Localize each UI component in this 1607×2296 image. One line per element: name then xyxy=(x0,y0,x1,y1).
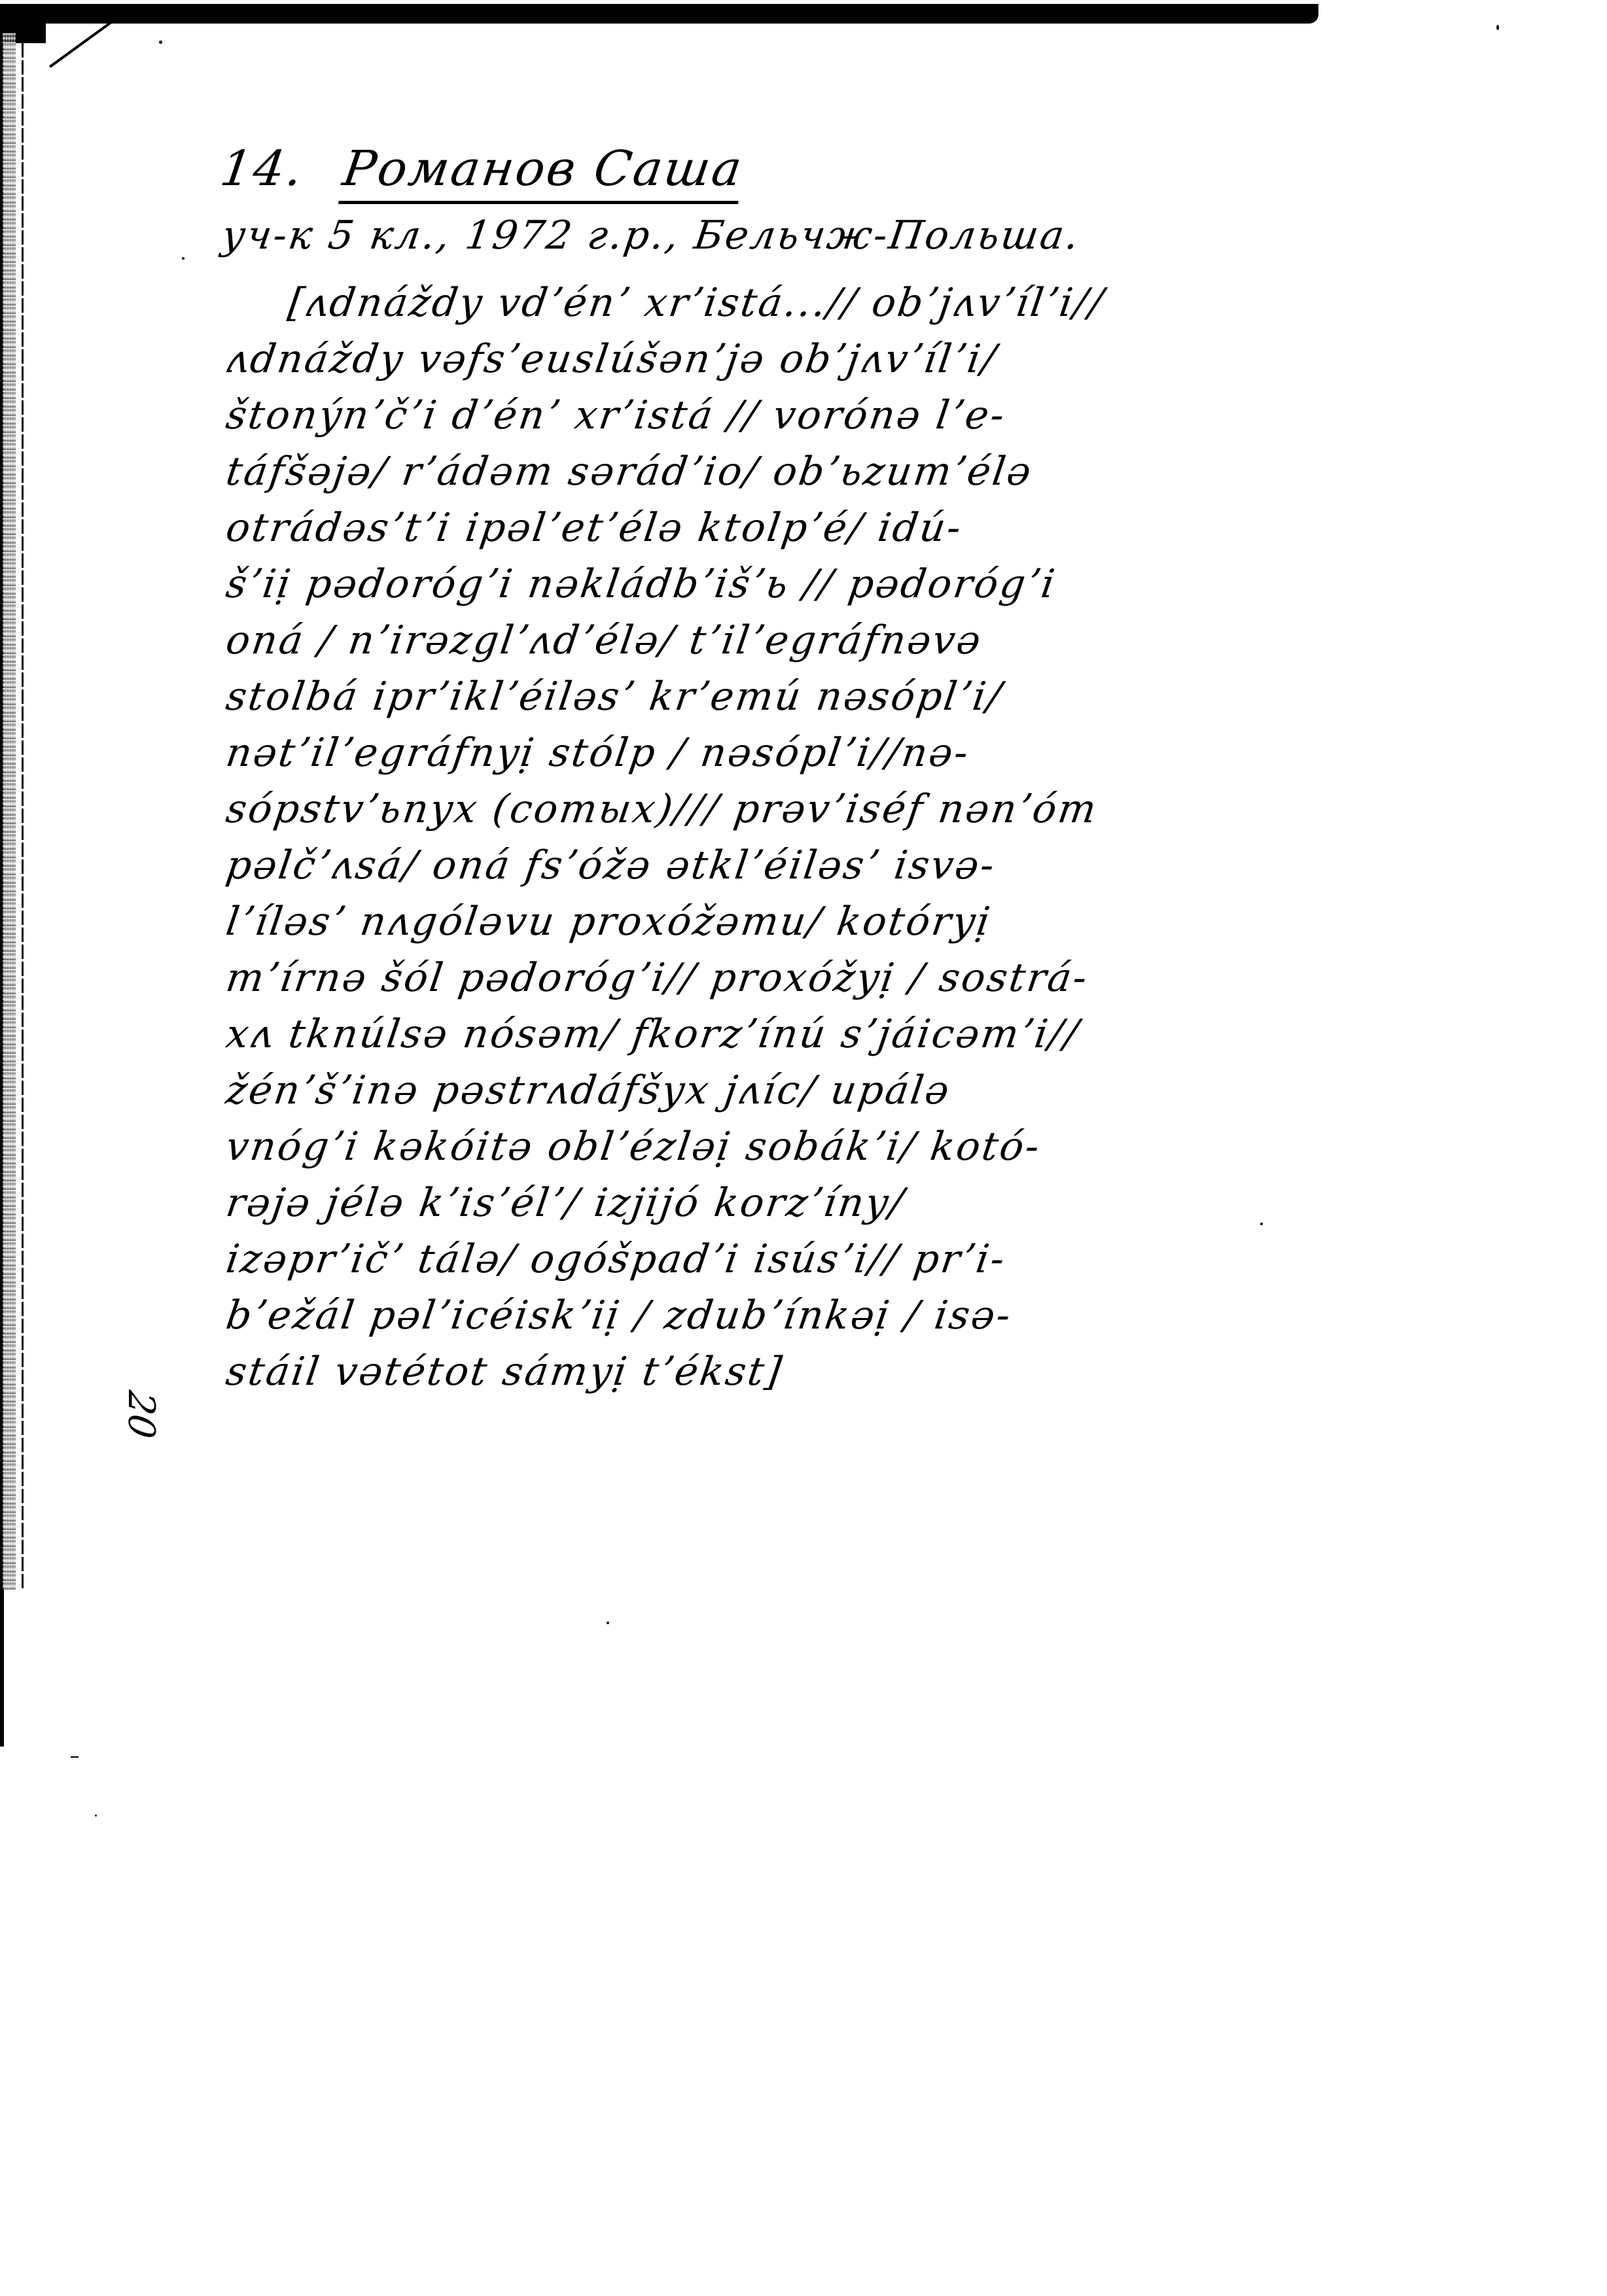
record-heading: 14. Романов Саша xyxy=(216,141,747,204)
transcript-line: štonýnʼčʼi dʼénʼ xrʼistá // vorónə lʼe- xyxy=(222,387,1316,444)
transcript-line: nətʼilʼegráfnyị stólp / nəsóplʼi//nə- xyxy=(222,725,1316,781)
margin-page-number: 20 xyxy=(120,1388,162,1440)
transcript-line: sópstvʼьnyx (сотых)/// prəvʼiséf nənʼóm xyxy=(222,781,1316,837)
transcript-line: pəlčʼʌsá/ oná fsʼóžə ətklʼéiləsʼ isvə- xyxy=(222,837,1316,894)
transcript-line: vnógʼi kəkóitə oblʼézləị sobákʼi/ kotó- xyxy=(222,1119,1316,1175)
transcript-line: ʌdnáždy vəfsʼeuslúšənʼjə obʼjʌvʼílʼi/ xyxy=(222,331,1316,387)
transcript-line: rəjə jélə kʼisʼélʼ/ izjijó korzʼíny/ xyxy=(222,1175,1316,1231)
informant-name: Романов Саша xyxy=(338,141,747,204)
transcript-line: šʼiị pədorógʼi nəkládbʼišʼь // pədorógʼi xyxy=(222,556,1316,612)
transcript-line: mʼírnə šól pədorógʼi// proxóžyị / sostrá… xyxy=(222,950,1316,1006)
transcript-line: táfšəjə/ rʼádəm sərádʼio/ obʼьzumʼélə xyxy=(222,444,1316,500)
scan-binding-strip xyxy=(3,33,16,1590)
transcript-line: bʼežál pəlʼicéiskʼiị / zdubʼínkəị / isə- xyxy=(222,1287,1316,1344)
transcript-line: otrádəsʼtʼi ipəlʼetʼélə ktolpʼé/ idú- xyxy=(222,500,1316,556)
transcript-line: [ʌdnáždy vdʼénʼ xrʼistá...// obʼjʌvʼílʼi… xyxy=(222,275,1316,331)
record-number: 14. xyxy=(217,141,308,197)
scan-top-border xyxy=(0,4,1318,24)
transcript-line: xʌ tknúlsə nósəm/ fkorzʼínú sʼjáicəmʼi// xyxy=(222,1006,1316,1062)
page-margin-rule xyxy=(22,31,24,1588)
scan-speck xyxy=(1496,25,1499,30)
transcript-line: lʼíləsʼ nʌgóləvu proxóžəmu/ kotóryị xyxy=(222,894,1316,950)
scan-corner-fold-line xyxy=(49,20,114,68)
scan-speck xyxy=(71,1756,79,1758)
scan-speck xyxy=(159,41,162,44)
scan-speck xyxy=(607,1622,609,1624)
scan-speck xyxy=(95,1815,97,1817)
transcript-line: stolbá iprʼiklʼéiləsʼ krʼemú nəsóplʼi/ xyxy=(222,669,1316,725)
informant-details: уч-к 5 кл., 1972 г.р., Бельчж-Польша. xyxy=(219,213,1084,258)
phonetic-transcript: [ʌdnáždy vdʼénʼ xrʼistá...// obʼjʌvʼílʼi… xyxy=(222,275,1309,1400)
scan-speck xyxy=(182,257,185,260)
transcript-line: žénʼšʼinə pəstrʌdáfšyx jʌíc/ upálə xyxy=(222,1062,1316,1119)
transcript-line: izəprʼičʼ tálə/ ogóšpadʼi isúsʼi// prʼi- xyxy=(222,1231,1316,1287)
transcript-line: stáil vətétot sámyị tʼékst] xyxy=(222,1344,1316,1400)
transcript-line: oná / nʼirəzglʼʌdʼélə/ tʼilʼegráfnəvə xyxy=(222,612,1316,669)
